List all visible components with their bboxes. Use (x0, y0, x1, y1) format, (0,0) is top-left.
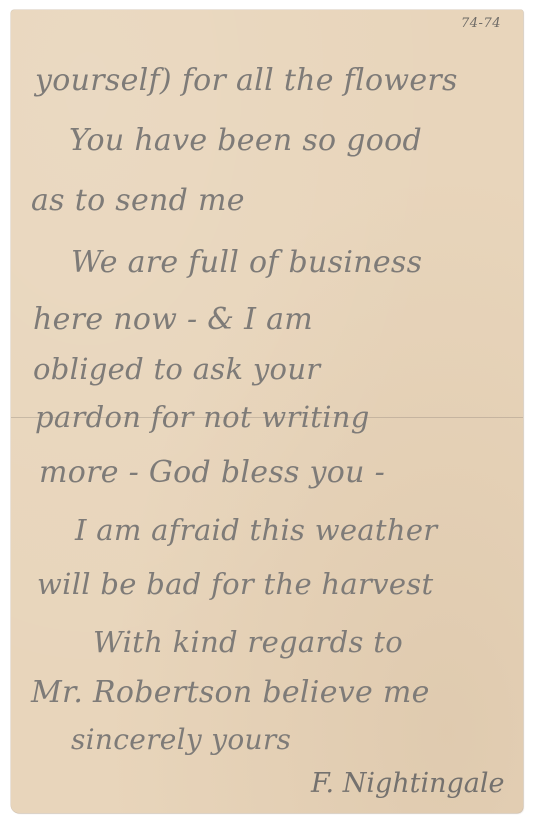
signature: F. Nightingale (311, 768, 505, 799)
letter-line-7: pardon for not writing (35, 403, 370, 432)
letter-line-4: We are full of business (71, 248, 422, 278)
letter-line-3: as to send me (31, 186, 245, 216)
letter-line-8: more - God bless you - (39, 458, 385, 488)
archive-number: 74-74 (461, 16, 501, 31)
letter-line-13: sincerely yours (71, 726, 291, 754)
letter-line-12: Mr. Robertson believe me (31, 678, 430, 708)
letter-line-6: obliged to ask your (33, 355, 320, 384)
letter-page: 74-74 yourself) for all the flowers You … (11, 10, 523, 813)
letter-line-1: yourself) for all the flowers (35, 66, 458, 96)
letter-line-2: You have been so good (69, 126, 422, 156)
letter-line-9: I am afraid this weather (75, 516, 437, 545)
letter-line-5: here now - & I am (33, 305, 313, 335)
letter-line-11: With kind regards to (93, 628, 403, 657)
letter-line-10: will be bad for the harvest (37, 570, 433, 599)
